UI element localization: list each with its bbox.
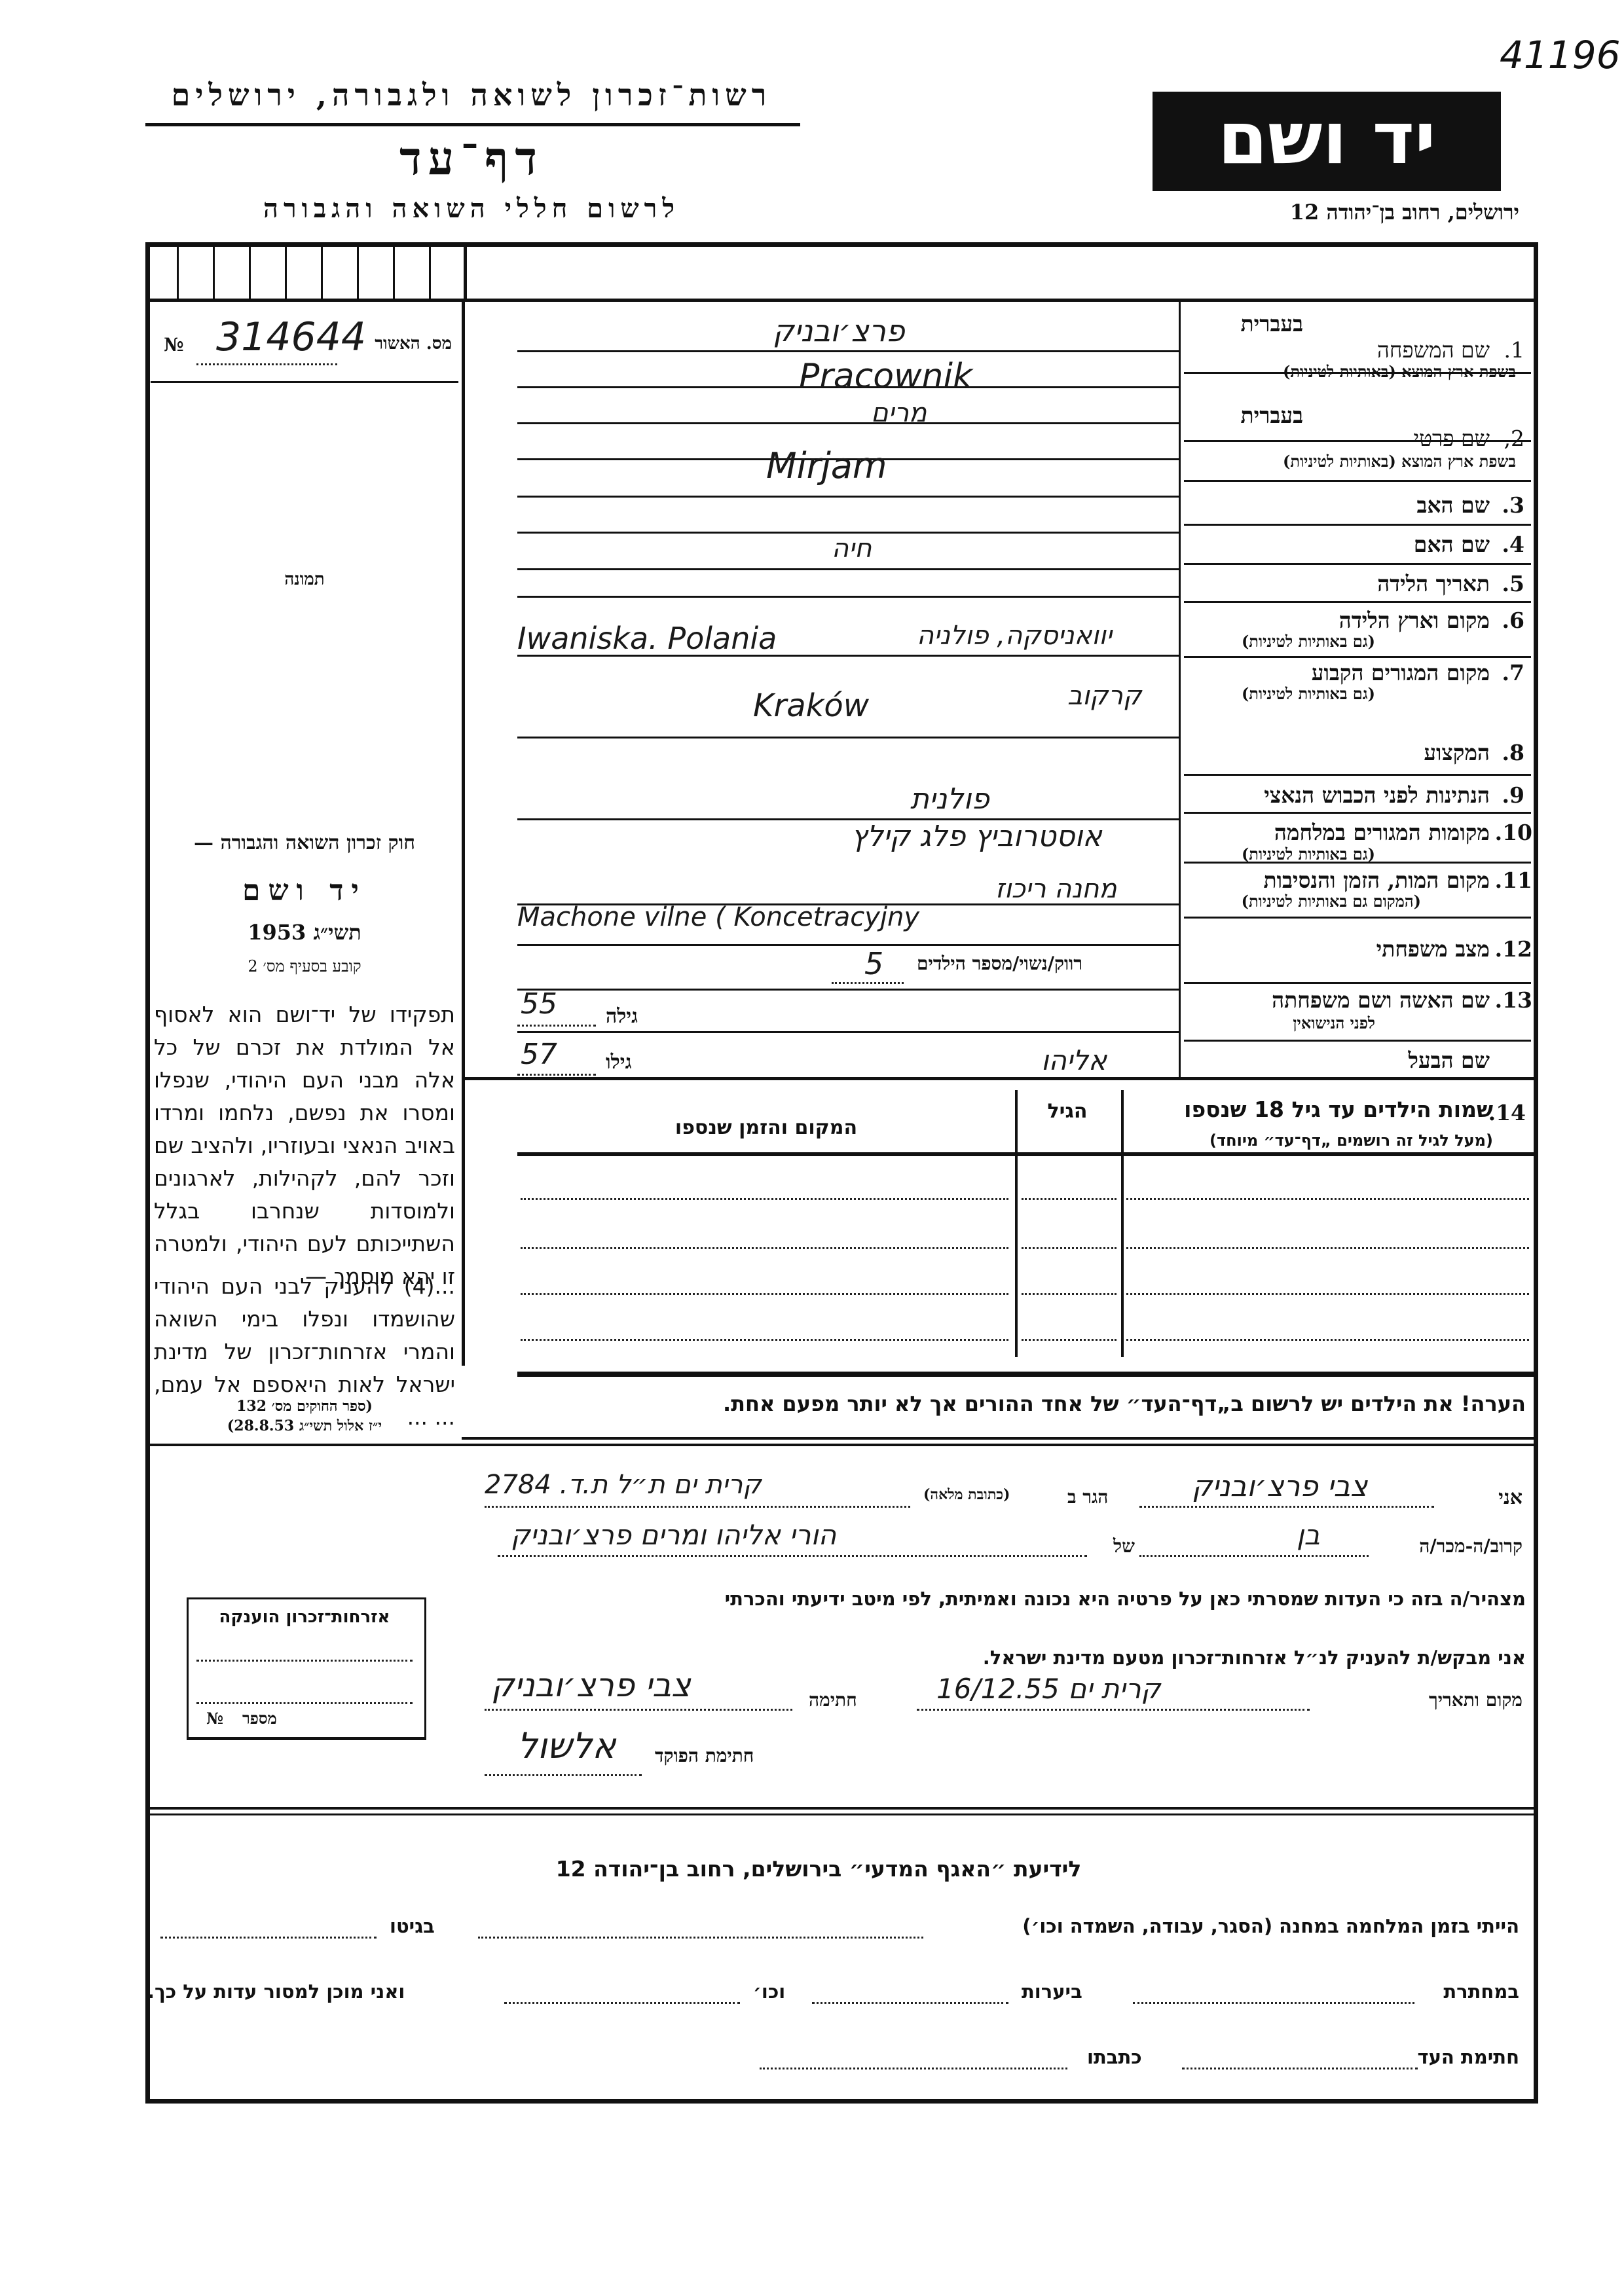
field-3-label: שם האב	[1416, 492, 1490, 519]
row-divider	[1184, 812, 1531, 814]
field-11-number: 11.	[1495, 867, 1532, 893]
value-line	[517, 350, 1179, 352]
frame-right	[1534, 242, 1538, 2102]
residing-label: הגר ב	[1067, 1486, 1108, 1508]
field-1-hebrew-tag: בעברית	[1241, 311, 1303, 337]
field-7-value-hebrew: קרקוב	[1067, 681, 1141, 711]
place-date-label: מקום ותאריך	[1429, 1689, 1522, 1711]
row-divider	[1184, 1040, 1531, 1042]
yad-vashem-logo: יד ושם	[1153, 92, 1501, 191]
declarant-address: קרית ים ת״ל ת.ד. 2784	[485, 1470, 762, 1500]
field-1-value-latin: Pracownik	[799, 357, 972, 396]
law-source-2: י״ז אלול תשי״ג 28.8.53)	[157, 1417, 452, 1434]
field-5-number: 5.	[1502, 571, 1524, 596]
form-title: דף־עד	[144, 131, 799, 186]
children-col-divider	[1121, 1090, 1124, 1357]
note-divider	[147, 1444, 1536, 1446]
info-etc-label: וכו׳	[753, 1980, 785, 2003]
approval-number-dotted	[196, 363, 337, 365]
approval-underline	[151, 381, 458, 383]
info-testify-label: ואני מוכן למסור עדות על כך.	[147, 1980, 405, 2003]
field-7-label: מקום המגורים הקבוע	[1312, 660, 1490, 686]
citizenship-request: אני מבקש/ת להעניק לנ״ל אזרחות־זכרון מטעם…	[720, 1647, 1526, 1669]
law-section: קובע בסעיף מס׳ 2	[157, 957, 452, 976]
field-13-number: 13.	[1495, 987, 1532, 1013]
declarant-name-dotted	[1139, 1506, 1434, 1508]
info-camp-field[interactable]	[478, 1937, 923, 1939]
wife-age-label: גילה	[606, 1005, 638, 1028]
declaration-i-label: אני	[1498, 1486, 1522, 1509]
authority-line: רשות־זכרון לשואה ולגבורה, ירושלים	[144, 77, 799, 113]
row-divider	[1184, 982, 1531, 984]
info-address-field[interactable]	[760, 2068, 1067, 2069]
row-divider	[1184, 774, 1531, 776]
field-9-value: פולנית	[910, 782, 989, 816]
field-6-number: 6.	[1502, 608, 1524, 633]
field-10-value: אוסטרוביץ פלג קילץ	[851, 820, 1102, 853]
field-3-number: 3.	[1502, 492, 1524, 518]
form-subtitle: לרשום חללי השואה והגבורה	[144, 193, 799, 224]
field-8-number: 8.	[1502, 740, 1524, 765]
strip-bottom	[145, 299, 1537, 302]
officer-signature-label: חתימת הפוקד	[655, 1745, 754, 1767]
children-col-divider	[1015, 1090, 1018, 1357]
info-witness-signature-label: חתימת העד	[1418, 2046, 1519, 2068]
header-underline	[145, 123, 800, 126]
info-divider	[147, 1807, 1536, 1810]
info-ghetto-field[interactable]	[160, 1937, 377, 1939]
officer-signature: אלשול	[517, 1725, 616, 1766]
field-12-children-count: 5	[864, 946, 883, 981]
children-count-dotted	[832, 982, 904, 984]
field-6-sub-label: (גם באותיות לטיניות)	[1242, 632, 1375, 651]
row-divider	[1184, 917, 1531, 919]
field-6-label: מקום וארץ הלידה	[1339, 608, 1490, 634]
field-12-label: מצב משפחתי	[1376, 936, 1490, 962]
children-col-place-header: המקום והזמן שנספו	[524, 1116, 1008, 1139]
field-6-value-latin: Iwaniska. Polania	[517, 621, 777, 656]
field-1-label: שם המשפחה	[1377, 337, 1490, 363]
husband-age-dotted	[517, 1074, 596, 1076]
of-label: של	[1113, 1535, 1135, 1558]
row-divider	[1184, 601, 1531, 603]
label-column-border	[1179, 299, 1181, 1078]
field-4-value: חיה	[832, 534, 872, 564]
field-7-number: 7.	[1502, 660, 1524, 685]
field-2-hebrew-tag: בעברית	[1241, 403, 1303, 429]
field-11-value-latin: Machone vilne ( Koncetracyjny	[517, 902, 919, 932]
children-table-title: שמות הילדים עד גיל 18 שנספו	[1184, 1097, 1493, 1122]
citizenship-box-title: אזרחות־זכרון הוענקה	[190, 1607, 419, 1627]
field-2-label: שם פרטי	[1413, 426, 1490, 452]
address-line: ירושלים, רחוב בן־יהודה 12	[1153, 200, 1519, 225]
husband-name-value: אליהו	[1041, 1044, 1107, 1076]
frame-left	[145, 242, 150, 2102]
field-1-value-hebrew: פרצ׳ובניק	[773, 313, 905, 348]
law-name: יד ושם	[157, 874, 452, 907]
husband-age-label: גילו	[606, 1051, 631, 1074]
field-9-number: 9.	[1502, 782, 1524, 808]
field-4-label: שם האם	[1414, 532, 1490, 558]
row-divider	[1184, 656, 1531, 658]
value-line	[517, 944, 1179, 946]
frame-top	[145, 242, 1537, 247]
field-10-label: מקומות המגורים במלחמה	[1274, 820, 1490, 846]
frame-bottom	[145, 2099, 1538, 2104]
info-forests-label: ביערות	[1022, 1980, 1082, 2003]
info-ghetto-label: בגיטו	[390, 1915, 435, 1937]
citizenship-box-number-label: מספר	[242, 1709, 277, 1728]
citizenship-box-dotted	[196, 1660, 413, 1662]
row-divider	[1184, 524, 1531, 526]
approval-number-prefix: №	[164, 334, 183, 355]
children-header-divider	[517, 1152, 1534, 1156]
field-12-inline-label: רווק/נשוי/מספר הילדים	[917, 953, 1082, 975]
declarant-address-dotted	[485, 1506, 910, 1508]
place-date-value: קרית ים 16/12.55	[936, 1673, 1160, 1705]
info-underground-label: במחתרת	[1443, 1980, 1519, 2003]
law-source-1: (ספר החוקים מס׳ 132	[157, 1398, 452, 1415]
relation-value: בן	[1297, 1519, 1320, 1551]
field-11-label: מקום המות, הזמן והנסיבות	[1263, 867, 1490, 894]
relation-of-value: הורי אליהו ומרים פרצ׳ובניק	[511, 1519, 836, 1551]
note-divider	[462, 1437, 1536, 1440]
value-line	[517, 422, 1179, 424]
declarant-name: צבי פרצ׳ובניק	[1192, 1470, 1367, 1503]
info-witness-signature-field[interactable]	[1182, 2068, 1418, 2069]
field-1-number: 1.	[1504, 337, 1525, 363]
value-line	[517, 1031, 1179, 1033]
signature-dotted	[485, 1709, 792, 1711]
field-10-number: 10.	[1495, 820, 1532, 845]
row-divider	[1184, 563, 1531, 565]
officer-signature-dotted	[485, 1774, 642, 1776]
field-12-number: 12.	[1495, 936, 1532, 962]
field-1-sub-label: בשפת ארץ המוצא (באותיות לטיניות)	[1283, 362, 1516, 382]
children-table-bottom	[517, 1372, 1534, 1377]
field-7-value-latin: Kraków	[753, 687, 869, 724]
section-divider	[462, 1077, 1536, 1080]
field-2-value-latin: Mirjam	[766, 445, 887, 486]
value-line	[517, 989, 1179, 991]
law-title: חוק זכרון השואה והגבורה —	[157, 831, 452, 854]
children-note: הערה! את הילדים יש לרשום ב„דף־העד״ של אח…	[524, 1391, 1526, 1416]
value-line	[517, 496, 1179, 498]
signature-label: חתימה	[809, 1689, 857, 1711]
photo-placeholder-label: תמונה	[151, 570, 458, 589]
value-line	[517, 737, 1179, 738]
archive-number: 41196	[1500, 33, 1621, 77]
field-11-value-hebrew: מחנה ריכוז	[995, 874, 1117, 904]
field-2-sub-label: בשפת ארץ המוצא (באותיות לטיניות)	[1283, 452, 1516, 471]
children-col-age-header: הגיל	[1022, 1100, 1113, 1123]
declaration-statement: מצהיר/ה בזה כי העדות שמסרתי כאן על פרטיה…	[517, 1588, 1526, 1610]
info-section-title: לידיעת ״האגף המדעי״ בירושלים, רחוב בן־יה…	[458, 1856, 1179, 1882]
info-etc-field[interactable]	[504, 2002, 740, 2004]
info-underground-field[interactable]	[1133, 2002, 1414, 2004]
full-address-label: (כתובת מלאה)	[923, 1486, 1010, 1503]
relation-label: קרוב/ה-מכר/ה	[1419, 1535, 1522, 1558]
field-2-number: 2,	[1504, 426, 1525, 451]
relation-of-dotted	[498, 1555, 1087, 1557]
field-8-label: המקצוע	[1424, 740, 1490, 766]
value-line	[517, 596, 1179, 598]
wife-age-dotted	[517, 1025, 596, 1027]
field-9-label: הנתינות לפני הכבוש הנאצי	[1264, 782, 1490, 809]
wife-age-value: 55	[521, 987, 557, 1021]
field-2-value-hebrew: מרים	[871, 398, 927, 428]
row-divider	[1184, 480, 1531, 482]
info-forests-field[interactable]	[812, 2002, 1008, 2004]
place-date-dotted	[917, 1709, 1310, 1711]
field-11-sub-label: (המקום גם באותיות לטיניות)	[1242, 892, 1421, 911]
field-10-sub-label: (גם באותיות לטיניות)	[1242, 845, 1375, 864]
approval-number-value: 314644	[216, 314, 366, 360]
field-5-label: תאריך הלידה	[1377, 571, 1490, 597]
declarant-signature: צבי פרצ׳ובניק	[491, 1666, 691, 1704]
husband-name-label: שם הבעל	[1409, 1048, 1490, 1074]
children-table-number: 14.	[1488, 1100, 1526, 1125]
law-year: תשי״ג 1953	[157, 920, 452, 945]
citizenship-box-dotted	[196, 1702, 413, 1704]
citizenship-box-number-prefix: №	[206, 1709, 223, 1728]
field-6-value-hebrew: יוואניסקה, פולניה	[917, 621, 1112, 651]
field-13-sub-label: לפני הנישואין	[1293, 1013, 1375, 1033]
children-table-subtitle: (מעל לגיל זה רושמים „דף־עד״ מיוחד)	[1209, 1131, 1493, 1150]
info-divider	[147, 1813, 1536, 1815]
left-panel-border	[462, 299, 465, 1366]
relation-dotted	[1139, 1555, 1369, 1557]
husband-age-value: 57	[521, 1038, 557, 1071]
info-address-label: כתבתו	[1087, 2046, 1142, 2068]
law-paragraph-1: תפקידו של יד־ושם הוא לאסוף אל המולדת את …	[154, 998, 455, 1293]
value-line	[517, 568, 1179, 570]
field-7-sub-label: (גם באותיות לטיניות)	[1242, 684, 1375, 704]
field-4-number: 4.	[1502, 532, 1524, 557]
info-camp-label: הייתי בזמן המלחמה במחנה (הסגר, עבודה, הש…	[1022, 1915, 1519, 1937]
field-13-label: שם האשה ושם משפחתה	[1272, 987, 1490, 1013]
